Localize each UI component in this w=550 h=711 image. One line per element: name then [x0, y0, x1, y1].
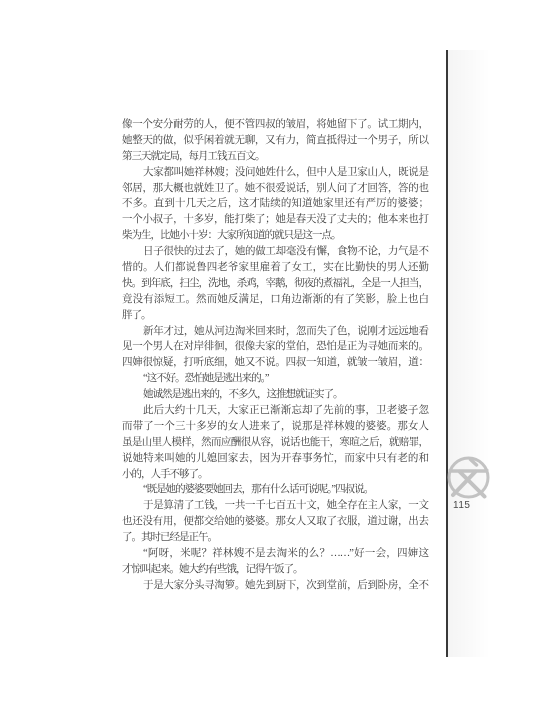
text-line: 不多。直到十几天之后，这才陆续的知道她家里还有严厉的婆婆；: [122, 196, 428, 212]
text-line: 而带了一个三十多岁的女人进来了，说那是祥林嫂的婆婆。那女人: [122, 419, 428, 435]
text-line: 虽是山里人模样，然而应酬很从容，说话也能干，寒暄之后，就赔罪，: [122, 435, 428, 451]
text-line: 胖了。: [122, 308, 428, 324]
text-line: 像一个安分耐劳的人，便不管四叔的皱眉，将她留下了。试工期内，: [122, 117, 428, 133]
text-line: 第三天就定局，每月工钱五百文。: [122, 149, 428, 165]
text-line: 才惊叫起来。她大约有些饿，记得午饭了。: [122, 562, 428, 578]
text-line: 她整天的做，似乎闲着就无聊，又有力，简直抵得过一个男子，所以: [122, 133, 428, 149]
text-line: “既是她的婆婆要她回去，那有什么话可说呢。”四叔说。: [122, 482, 428, 498]
text-line: 小的，人手不够了。: [122, 467, 428, 483]
text-line: 邻居，那大概也就姓卫了。她不很爱说话，别人问了才回答，答的也: [122, 181, 428, 197]
text-line: 也还没有用，便都交给她的婆婆。那女人又取了衣服，道过谢，出去: [122, 514, 428, 530]
text-line: 四婶很惊疑，打听底细，她又不说。四叔一知道，就皱一皱眉，道：: [122, 355, 428, 371]
text-line: “这不好。恐怕她是逃出来的。”: [122, 371, 428, 387]
text-line: 她诚然是逃出来的，不多久，这推想就证实了。: [122, 387, 428, 403]
text-line: 了。其时已经是正午。: [122, 530, 428, 546]
text-line: “阿呀，米呢？祥林嫂不是去淘米的么？……”好一会，四婶这: [122, 546, 428, 562]
text-line: 快。到年底，扫尘，洗地，杀鸡，宰鹅，彻夜的煮福礼，全是一人担当，: [122, 276, 428, 292]
text-line: 日子很快的过去了，她的做工却毫没有懈，食物不论，力气是不: [122, 244, 428, 260]
text-line: 此后大约十几天，大家正已渐渐忘却了先前的事，卫老婆子忽: [122, 403, 428, 419]
text-line: 柴为生，比她小十岁：大家所知道的就只是这一点。: [122, 228, 428, 244]
text-line: 新年才过，她从河边淘米回来时，忽而失了色，说刚才远远地看: [122, 324, 428, 340]
text-line: 于是算清了工钱，一共一千七百五十文，她全存在主人家，一文: [122, 498, 428, 514]
page-number: 115: [453, 500, 470, 511]
text-line: 一个小叔子，十多岁，能打柴了；她是春天没了丈夫的；他本来也打: [122, 212, 428, 228]
text-line: 于是大家分头寻淘箩。她先到厨下，次到堂前，后到卧房，全不: [122, 578, 428, 594]
page-gutter-shadow: [448, 50, 490, 657]
text-line: 惜的。人们都说鲁四老爷家里雇着了女工，实在比勤快的男人还勤: [122, 260, 428, 276]
text-line: 说她特来叫她的儿媳回家去，因为开春事务忙，而家中只有老的和: [122, 451, 428, 467]
text-line: 见一个男人在对岸徘徊，很像夫家的堂伯，恐怕是正为寻她而来的。: [122, 339, 428, 355]
page-text-block: 像一个安分耐劳的人，便不管四叔的皱眉，将她留下了。试工期内，她整天的做，似乎闲着…: [122, 117, 428, 594]
text-line: 竟没有添短工。然而她反满足，口角边渐渐的有了笑影，脸上也白: [122, 292, 428, 308]
publisher-wen-seal-icon: [446, 455, 491, 500]
text-line: 大家都叫她祥林嫂；没问她姓什么，但中人是卫家山人，既说是: [122, 165, 428, 181]
scanned-book-page: 像一个安分耐劳的人，便不管四叔的皱眉，将她留下了。试工期内，她整天的做，似乎闲着…: [0, 0, 550, 711]
